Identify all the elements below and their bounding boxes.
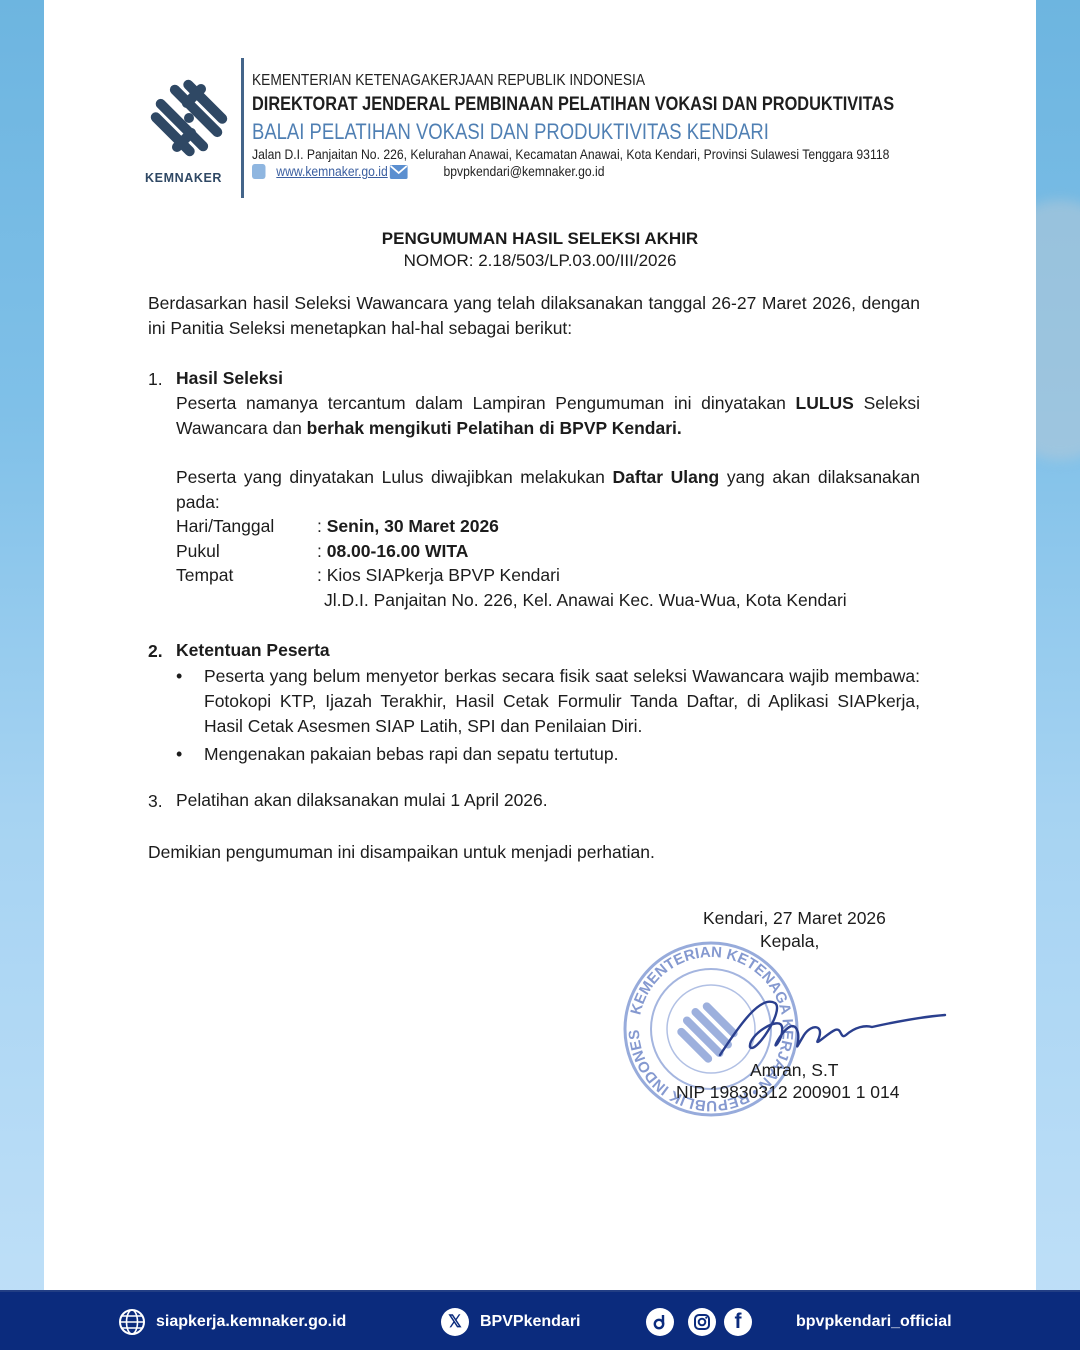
letterhead-divider [241, 58, 244, 198]
footer-socials[interactable]: f [646, 1292, 752, 1350]
place-date: Kendari, 27 Maret 2026 [703, 908, 886, 929]
section-1-heading: Hasil Seleksi [176, 368, 283, 388]
signer-name: Amran, S.T [750, 1060, 839, 1081]
section-1-paragraph-1: Peserta namanya tercantum dalam Lampiran… [176, 391, 920, 441]
schedule-row-address: Jl.D.I. Panjaitan No. 226, Kel. Anawai K… [176, 588, 847, 613]
section-3-text: Pelatihan akan dilaksanakan mulai 1 Apri… [176, 788, 920, 813]
instagram-icon [688, 1308, 716, 1336]
intro-paragraph: Berdasarkan hasil Seleksi Wawancara yang… [148, 291, 920, 341]
footer-x-account[interactable]: 𝕏 BPVPkendari [441, 1292, 580, 1350]
section-3-number: 3. [148, 791, 163, 812]
ministry-name: KEMENTERIAN KETENAGAKERJAAN REPUBLIK IND… [252, 72, 645, 90]
list-item: Peserta yang belum menyetor berkas secar… [176, 664, 920, 739]
x-icon: 𝕏 [441, 1308, 469, 1336]
logo-label: KEMNAKER [145, 171, 222, 185]
schedule-row-date: Hari/Tanggal : Senin, 30 Maret 2026 [176, 514, 847, 539]
closing-paragraph: Demikian pengumuman ini disampaikan untu… [148, 840, 920, 865]
section-1-paragraph-2: Peserta yang dinyatakan Lulus diwajibkan… [176, 465, 920, 515]
institution-name: BALAI PELATIHAN VOKASI DAN PRODUKTIVITAS… [252, 119, 769, 145]
requirements-list: Peserta yang belum menyetor berkas secar… [176, 664, 920, 767]
contact-line: www.kemnaker.go.id bpvpkendari@kemnaker.… [252, 164, 604, 179]
website-link[interactable]: www.kemnaker.go.id [276, 164, 387, 179]
schedule-row-time: Pukul : 08.00-16.00 WITA [176, 539, 847, 564]
footer-website-label: siapkerja.kemnaker.go.id [156, 1313, 346, 1331]
email-address: bpvpkendari@kemnaker.go.id [444, 164, 605, 179]
signer-nip: NIP 19830312 200901 1 014 [676, 1082, 900, 1103]
section-2-heading: Ketentuan Peserta [176, 640, 330, 660]
mail-icon [390, 165, 408, 179]
section-2-number: 2. [148, 641, 163, 662]
section-1-number: 1. [148, 369, 163, 390]
list-item: Mengenakan pakaian bebas rapi dan sepatu… [176, 742, 920, 767]
tiktok-icon [646, 1308, 674, 1336]
facebook-icon: f [724, 1308, 752, 1336]
section-1: Hasil Seleksi Peserta namanya tercantum … [176, 366, 920, 515]
footer-x-label: BPVPkendari [480, 1313, 580, 1331]
directorate-name: DIREKTORAT JENDERAL PEMBINAAN PELATIHAN … [252, 94, 894, 116]
document-title: PENGUMUMAN HASIL SELEKSI AKHIR [0, 229, 1080, 249]
address: Jalan D.I. Panjaitan No. 226, Kelurahan … [252, 146, 889, 162]
footer-social-handle[interactable]: bpvpkendari_official [796, 1292, 952, 1350]
globe-icon [118, 1308, 146, 1336]
section-2: Ketentuan Peserta [176, 638, 920, 663]
reregistration-schedule: Hari/Tanggal : Senin, 30 Maret 2026 Puku… [176, 514, 847, 612]
signature-icon [700, 985, 950, 1065]
footer-social-label: bpvpkendari_official [796, 1313, 952, 1331]
schedule-row-place: Tempat : Kios SIAPkerja BPVP Kendari [176, 563, 847, 588]
document-number: NOMOR: 2.18/503/LP.03.00/III/2026 [0, 251, 1080, 271]
web-icon [252, 164, 266, 179]
footer-bar: siapkerja.kemnaker.go.id 𝕏 BPVPkendari f… [0, 1290, 1080, 1350]
footer-website[interactable]: siapkerja.kemnaker.go.id [118, 1292, 346, 1350]
kemnaker-logo-icon [146, 76, 232, 160]
